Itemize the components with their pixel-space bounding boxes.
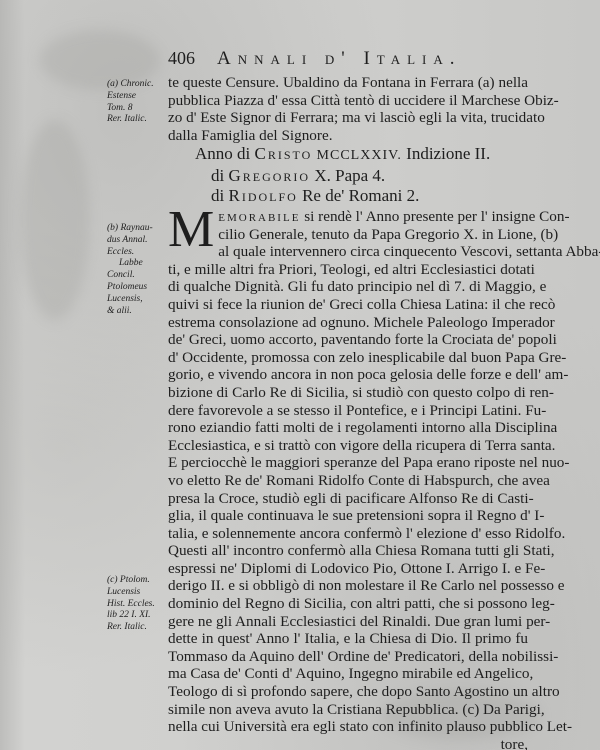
margin-note-line: Labbe [107,258,171,270]
heading-line-3: di Ridolfo Re de' Romani 2. [195,186,490,206]
margin-note-line: Rer. Italic. [107,622,171,634]
year-heading: Anno di Cristo MCCLXXIV. Indizione II. d… [195,144,490,206]
text-line: E perciocchè le maggiori speranze del Pa… [168,454,528,472]
margin-note-line: Lucensis, [107,294,171,306]
margin-note-line: (c) Ptolom. [107,575,171,587]
text-line: te queste Censure. Ubaldino da Fontana i… [168,74,528,92]
paper-stain [20,120,90,320]
text-line: simile non aveva avuto la Cristiana Repu… [168,701,528,719]
page-number: 406 [168,48,195,69]
text-line: presa la Croce, studiò egli di pacificar… [168,490,528,508]
text-line: estrema consolazione ad ognuno. Michele … [168,314,528,332]
catchword: tore, [168,736,528,750]
book-page: 406 Annali d' Italia. (a) Chronic. Esten… [0,0,600,750]
text-line: dere favorevole a se stesso il Pontefice… [168,402,528,420]
text-line: glia, il quale continuava le sue pretens… [168,507,528,525]
margin-note-line: Tom. 8 [107,103,171,115]
margin-note-line: Eccles. [107,247,171,259]
top-paragraph: te queste Censure. Ubaldino da Fontana i… [168,74,528,144]
text-line: Questi all' incontro confermò alla Chies… [168,542,528,560]
text-line: cilio Generale, tenuto da Papa Gregorio … [168,226,528,244]
margin-note-a: (a) Chronic. Estense Tom. 8 Rer. Italic. [107,79,171,126]
text-line: d' Occidente, promossa con zelo inesplic… [168,349,528,367]
text-line: vo eletto Re de' Romani Ridolfo Conte di… [168,472,528,490]
text-line: emorabile si rendè l' Anno presente per … [168,208,528,226]
margin-note-line: & alii. [107,306,171,318]
margin-note-b: (b) Raynau- dus Annal. Eccles. Labbe Con… [107,223,171,317]
text-line: al quale intervennero circa cinquecento … [168,243,528,261]
heading-line-2: di Gregorio X. Papa 4. [195,166,490,186]
main-paragraph: M emorabile si rendè l' Anno presente pe… [168,208,528,750]
text-line: gorio, e vivendo ancora in non poca gelo… [168,366,528,384]
text-line: pubblica Piazza d' essa Città tentò di u… [168,92,528,110]
running-header: 406 Annali d' Italia. [168,48,530,70]
text-line: talia, e solennemente ancora confermò l'… [168,525,528,543]
drop-cap: M [168,210,214,250]
margin-note-line: Estense [107,91,171,103]
text-line: ma Casa de' Conti d' Aquino, Ingegno mir… [168,665,528,683]
text-line: ti, e mille altri fra Priori, Teologi, e… [168,261,528,279]
text-line: Ecclesiastica, e si trattò con vigore de… [168,437,528,455]
text-line: Tommaso da Aquino dell' Ordine de' Predi… [168,648,528,666]
margin-note-line: Lucensis [107,587,171,599]
text-line: rono eziandio fatti molti de i regolamen… [168,419,528,437]
text-line: nella cui Università era egli stato con … [168,718,528,736]
running-title: Annali d' Italia. [217,48,462,70]
margin-note-line: lib 22 I. XI. [107,610,171,622]
text-line: Teologo di sì profondo sapere, che dopo … [168,683,528,701]
margin-note-line: (b) Raynau- [107,223,171,235]
text-line: derigo II. e si obbligò di non molestare… [168,577,528,595]
text-line: de' Greci, uomo accorto, paventando fort… [168,331,528,349]
margin-note-line: Ptolomeus [107,282,171,294]
text-line: zo d' Este Signor di Ferrara; ma vi lasc… [168,109,528,127]
margin-note-c: (c) Ptolom. Lucensis Hist. Eccles. lib 2… [107,575,171,634]
text-line: gere ne gli Annali Ecclesiastici del Rin… [168,613,528,631]
text-line: dalla Famiglia del Signore. [168,127,528,145]
margin-note-line: Hist. Eccles. [107,599,171,611]
text-line: quivi si fece la riunion de' Greci colla… [168,296,528,314]
margin-note-line: Rer. Italic. [107,114,171,126]
text-line: dette in quest' Anno l' Italia, e la Chi… [168,630,528,648]
margin-note-line: Concil. [107,270,171,282]
text-line: di qualche Dignità. Gli fu dato principi… [168,278,528,296]
text-line: bizione di Carlo Re di Sicilia, si studi… [168,384,528,402]
heading-line-1: Anno di Cristo MCCLXXIV. Indizione II. [195,144,490,166]
margin-note-line: (a) Chronic. [107,79,171,91]
text-line: dominio del Regno di Sicilia, con altri … [168,595,528,613]
text-line: espressi ne' Diplomi di Lodovico Pio, Ot… [168,560,528,578]
margin-note-line: dus Annal. [107,235,171,247]
